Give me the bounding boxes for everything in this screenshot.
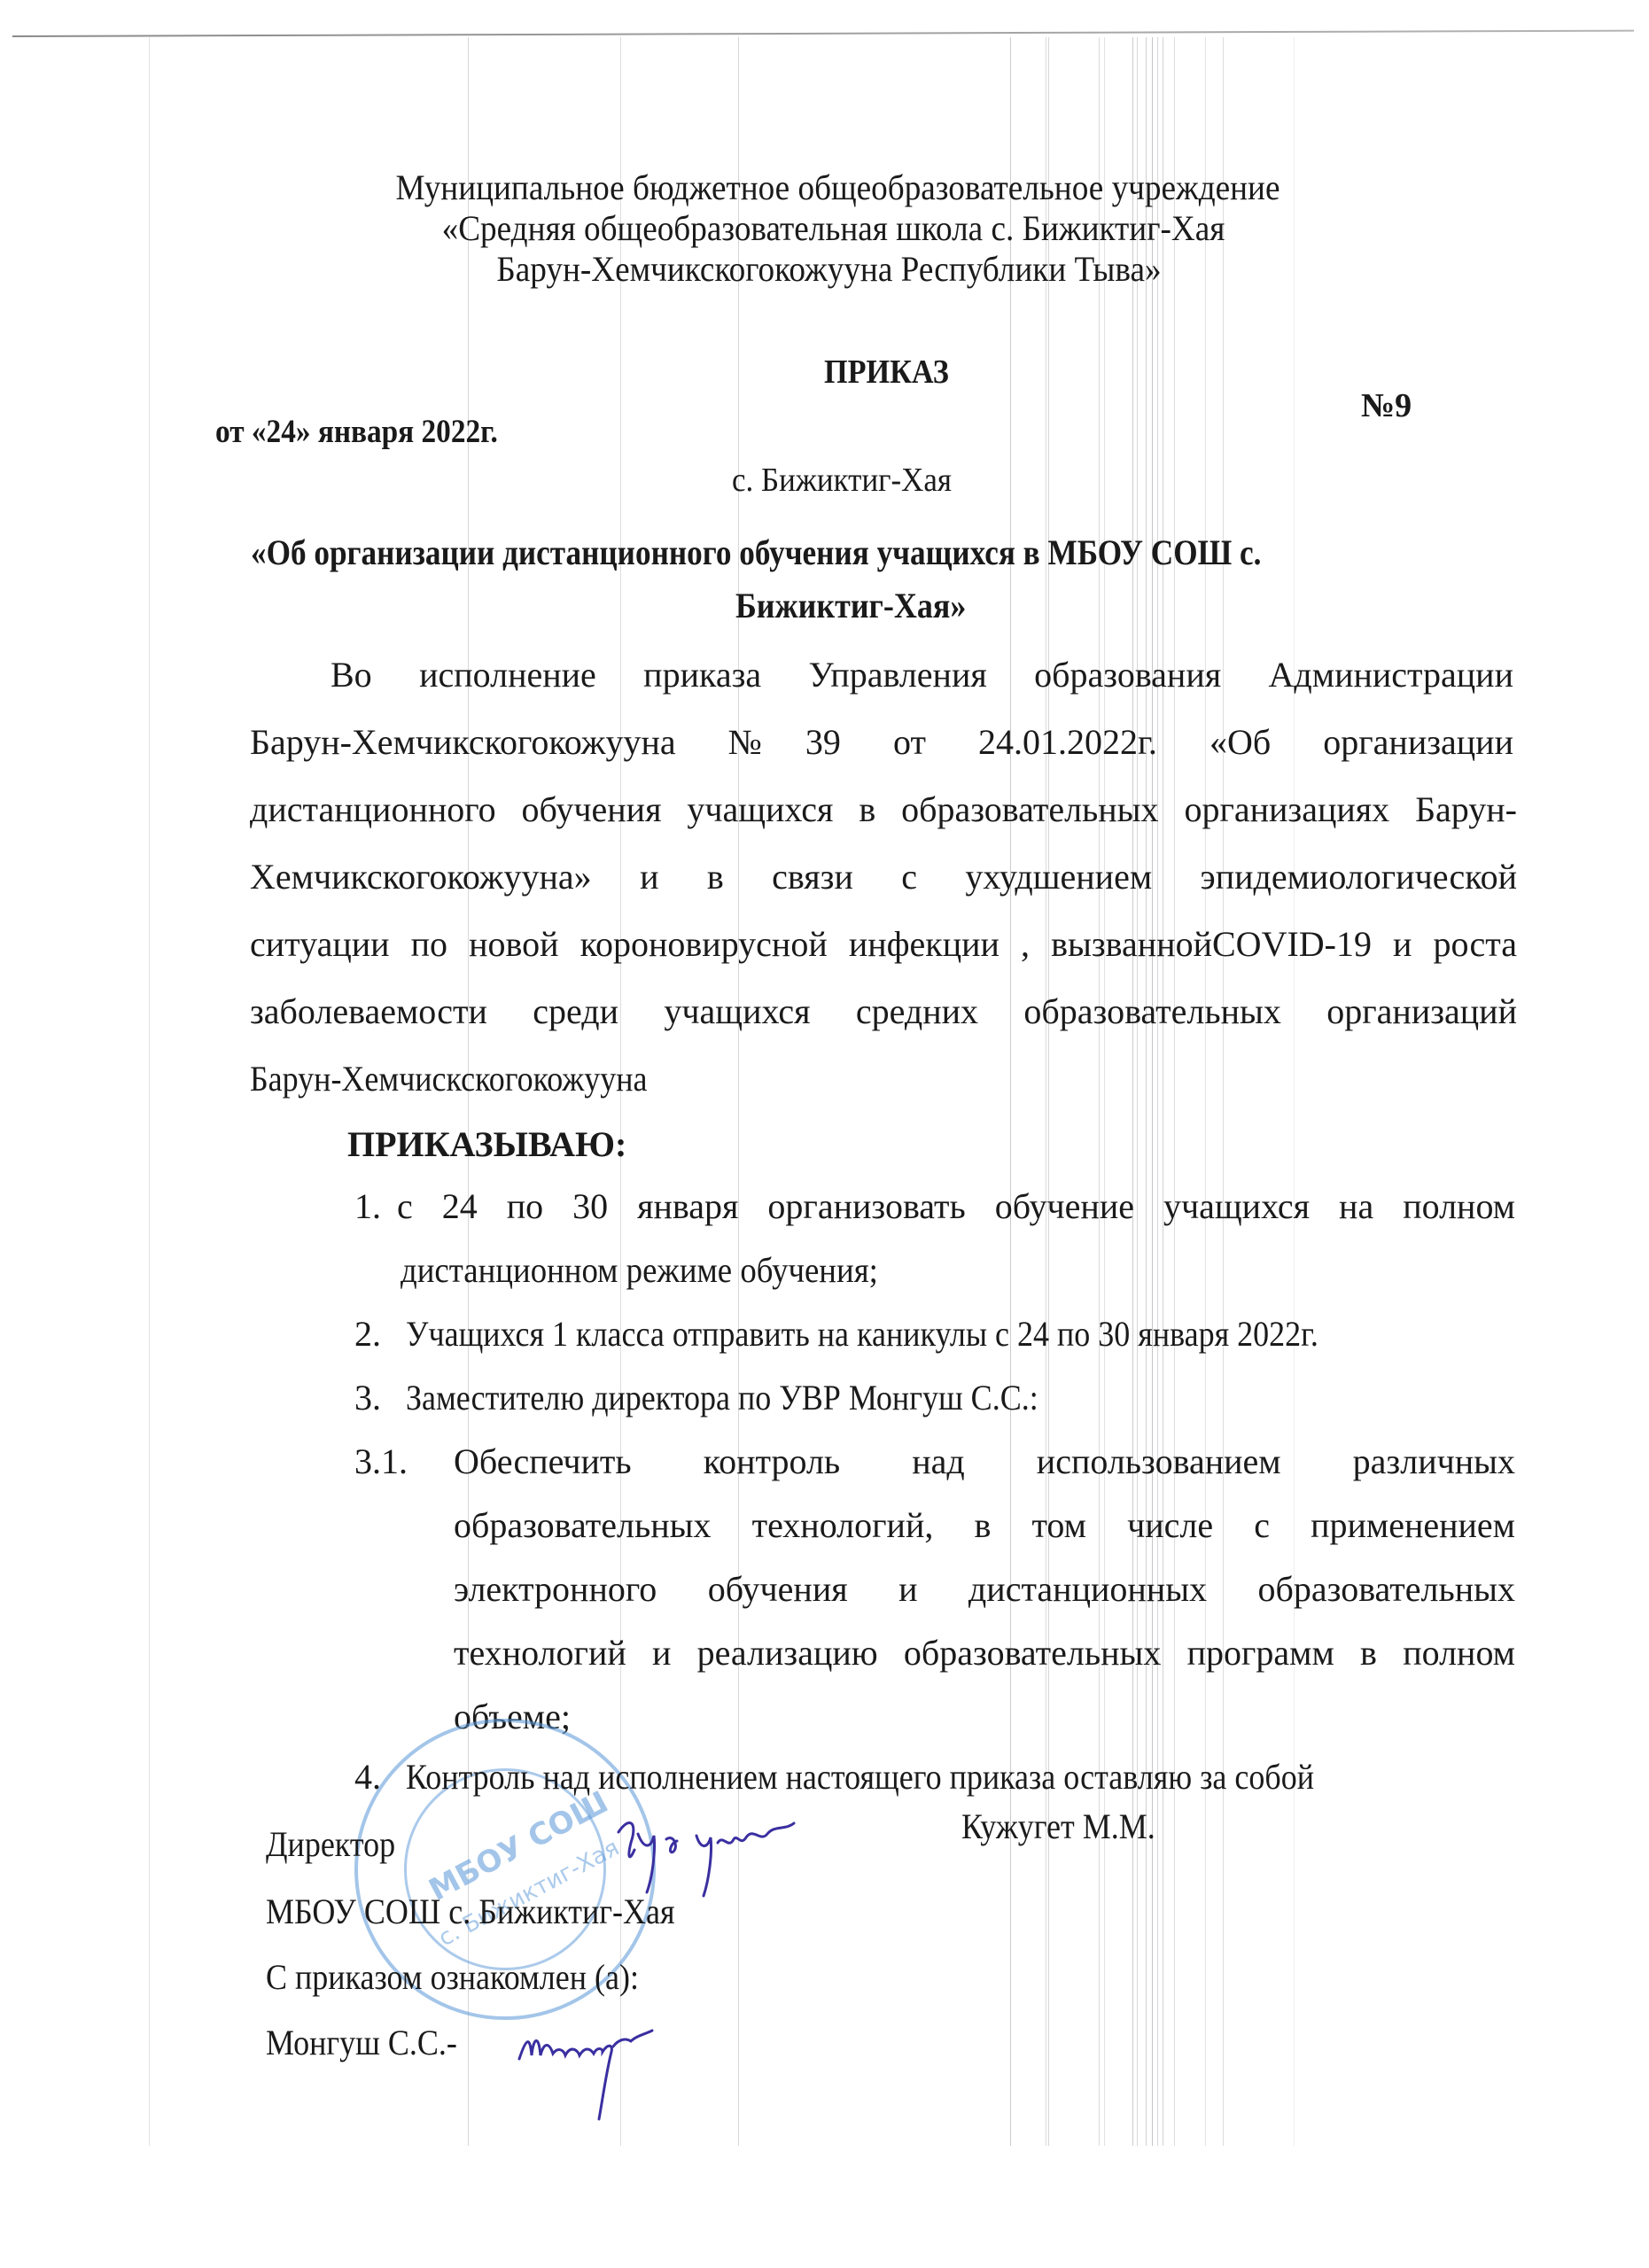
list-item-text: Заместителю директора по УВР Монгуш С.С.… bbox=[406, 1379, 1038, 1417]
preamble-line: Барун-Хемчискскогокожууна bbox=[250, 1060, 648, 1099]
list-item-text: Контроль над исполнением настоящего прик… bbox=[406, 1758, 1314, 1797]
list-item-text: с 24 по 30 января организовать обучение … bbox=[397, 1187, 1515, 1230]
order-date: от «24» января 2022г. bbox=[215, 413, 498, 451]
institution-line-3: Барун-Хемчикскогокожууна Республики Тыва… bbox=[62, 250, 1596, 289]
list-item-text: дистанционном режиме обучения; bbox=[401, 1251, 878, 1290]
order-number: №9 bbox=[1361, 386, 1412, 425]
list-item-number: 3. bbox=[354, 1379, 381, 1417]
directive-heading: ПРИКАЗЫВАЮ: bbox=[347, 1123, 626, 1165]
preamble-line: заболеваемости среди учащихся средних об… bbox=[250, 992, 1517, 1035]
list-item-number: 2. bbox=[354, 1315, 381, 1354]
school-name: МБОУ СОШ с. Бижиктиг-Хая bbox=[266, 1892, 675, 1931]
director-title: Директор bbox=[266, 1825, 395, 1864]
list-item-number: 3.1. bbox=[354, 1442, 408, 1481]
order-place: с. Бижиктиг-Хая bbox=[732, 461, 952, 500]
preamble-line: Хемчикскогокожууна» и в связи с ухудшени… bbox=[250, 858, 1517, 900]
director-name: Кужугет М.М. bbox=[961, 1807, 1155, 1846]
institution-line-1: Муниципальное бюджетное общеобразователь… bbox=[71, 168, 1605, 207]
preamble-line: дистанционного обучения учащихся в образ… bbox=[250, 790, 1517, 833]
order-subject-line-1: «Об организации дистанционного обучения … bbox=[251, 532, 1261, 573]
list-item-text: технологий и реализацию образовательных … bbox=[454, 1634, 1515, 1676]
preamble-line: Во исполнение приказа Управления образов… bbox=[331, 656, 1513, 698]
list-item-number: 1. bbox=[354, 1187, 381, 1226]
list-item-text: электронного обучения и дистанционных об… bbox=[454, 1570, 1515, 1612]
page-edge bbox=[12, 30, 1634, 37]
acknowledger-signature bbox=[514, 2020, 727, 2126]
order-subject-line-2: Бижиктиг-Хая» bbox=[735, 585, 966, 626]
list-item-text: Обеспечить контроль над использованием р… bbox=[454, 1442, 1515, 1485]
acknowledger-name: Монгуш С.С.- bbox=[266, 2023, 457, 2062]
document-title: ПРИКАЗ bbox=[824, 353, 949, 392]
list-item-text: Учащихся 1 класса отправить на каникулы … bbox=[406, 1315, 1318, 1354]
list-item-text: образовательных технологий, в том числе … bbox=[454, 1506, 1515, 1549]
preamble-line: ситуации по новой короновирусной инфекци… bbox=[250, 925, 1517, 967]
preamble-line: Барун-Хемчикскогокожууна №39 от 24.01.20… bbox=[250, 723, 1513, 765]
list-item-number: 4. bbox=[354, 1758, 381, 1797]
acknowledgement-label: С приказом ознакомлен (а): bbox=[266, 1958, 639, 1997]
institution-line-2: «Средняя общеобразовательная школа с. Би… bbox=[66, 209, 1600, 248]
